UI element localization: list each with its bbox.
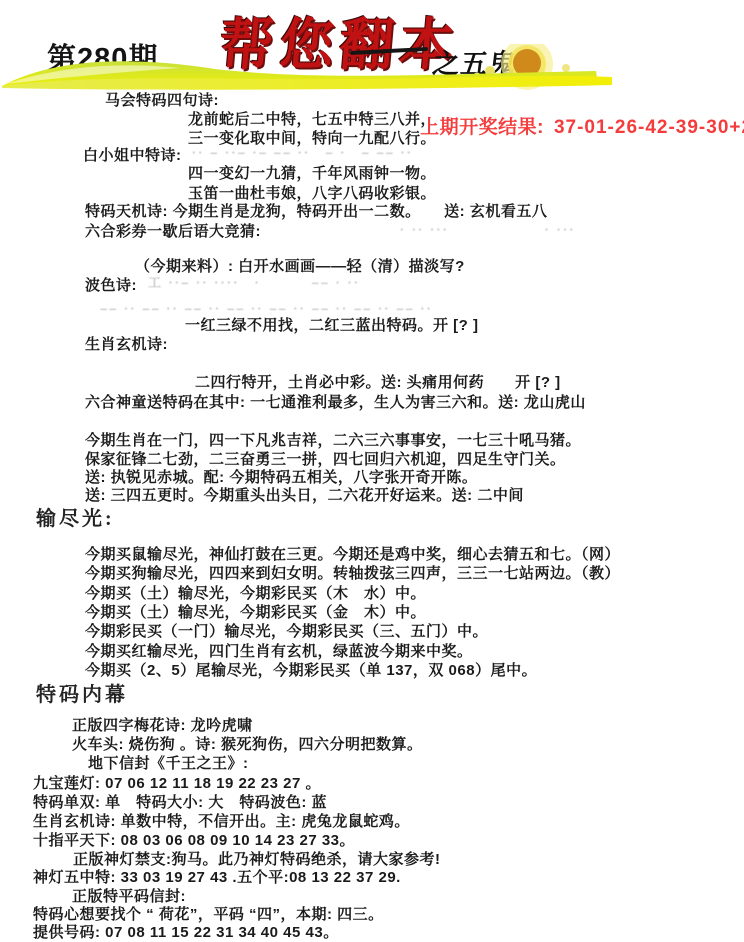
last-draw-result-label: 上期开奖结果: xyxy=(420,117,544,138)
faded-text-line: –– ·· –– ·· –– ·· –– ·· –– ·· –– ·· –– ·… xyxy=(100,302,433,316)
text-line: 白小姐中特诗: xyxy=(83,148,182,165)
text-line: 正版特平码信封: xyxy=(72,889,186,906)
text-line: 今期买红输尽光，四门生肖有玄机，绿蓝波今期来中奖。 xyxy=(85,644,473,661)
text-line: 四一变幻一九猜，千年风雨钟一物。 xyxy=(188,166,436,183)
text-line: 今期彩民买（一门）输尽光，今期彩民买（三、五门）中。 xyxy=(85,624,488,641)
section-heading: 特码内幕 xyxy=(36,684,128,706)
text-line: 神灯五中特: 33 03 19 27 43 .五个平:08 13 22 37 2… xyxy=(33,870,401,887)
grass-decoration xyxy=(0,44,620,94)
text-line: 送: 执锐见赤城。配: 今期特码五相关，八字张开奇开陈。 xyxy=(85,470,477,487)
text-line: 今期买（土）输尽光，今期彩民买（木 水）中。 xyxy=(85,586,426,603)
faded-text-line: ·· – ··– ·– –– ·· – · – –– ·· xyxy=(192,146,413,160)
text-line: 保家征锋二七劲，二三奋勇三一拼，四七回归六机迎，四足生守门关。 xyxy=(85,452,566,469)
last-draw-result-numbers: 37-01-26-42-39-30+27 xyxy=(554,117,744,138)
text-line: （今期来料）: 白开水画画——轻（清）描淡写? xyxy=(135,259,465,276)
text-line: 火车头: 烧伤狗 。诗: 猴死狗伤，四六分明把数算。 xyxy=(72,737,423,754)
text-line: 一红三绿不用找，二红三蓝出特码。开 [? ] xyxy=(185,318,479,335)
text-line: 二四行特开，土肖必中彩。送: 头痛用何药 开 [? ] xyxy=(195,375,561,392)
text-line: 十指平天下: 08 03 06 08 09 10 14 23 27 33。 xyxy=(33,833,355,850)
text-line: 波色诗: xyxy=(85,278,137,295)
text-line: 特码天机诗: 今期生肖是龙狗，特码开出一二数。 送: 玄机看五八 xyxy=(85,204,547,221)
text-line: 六合神童送特码在其中: 一七通淮利最多，生人为害三六和。送: 龙山虎山 xyxy=(85,395,586,412)
faded-text-line: · ·· ··· · ··· xyxy=(400,223,576,237)
text-line: 正版四字梅花诗: 龙吟虎啸 xyxy=(72,718,253,735)
last-draw-result: 上期开奖结果:37-01-26-42-39-30+27 xyxy=(397,90,744,161)
text-line: 今期生肖在一门，四一下凡兆吉祥，二六三六事事安，一七三十吼马猪。 xyxy=(85,433,581,450)
text-line: 今期买（土）输尽光，今期彩民买（金 木）中。 xyxy=(85,605,426,622)
text-line: 玉笛一曲杜韦娘，八字八码收彩银。 xyxy=(188,186,436,203)
text-line: 马会特码四句诗: xyxy=(105,93,219,110)
text-line: 生肖玄机诗: xyxy=(85,337,168,354)
lottery-tip-sheet-page: 第280期 帮您翻本 之五鬼 上期开奖结果:37-01 xyxy=(0,0,744,942)
section-heading: 输尽光: xyxy=(36,508,115,530)
text-line: 九宝莲灯: 07 06 12 11 18 19 22 23 27 。 xyxy=(33,776,321,793)
text-line: 六合彩券一歇后语大竞猜: xyxy=(85,224,261,241)
text-line: 地下信封《千王之王》: xyxy=(88,756,249,773)
text-line: 今期买鼠输尽光，神仙打鼓在三更。今期还是鸡中奖，细心去猜五和七。（网） xyxy=(85,547,620,564)
text-line: 送: 三四五更时。今期重头出头日，二六花开好运来。送: 二中间 xyxy=(85,488,524,505)
text-line: 今期买狗输尽光，四四来到妇女明。转轴拨弦三四声，三三一七站两边。（教） xyxy=(85,566,620,583)
text-line: 龙前蛇后二中特，七五中特三八并， xyxy=(188,112,436,129)
faded-text-line: 工 ··– ·· ···· · –– · ·· xyxy=(148,276,360,290)
text-line: 提供号码: 07 08 11 15 22 31 34 40 45 43。 xyxy=(33,925,339,942)
text-line: 今期买（2、5）尾输尽光，今期彩民买（单 137，双 068）尾中。 xyxy=(85,663,537,680)
text-line: 特码单双: 单 特码大小: 大 特码波色: 蓝 xyxy=(33,795,327,812)
text-line: 正版神灯禁支:狗马。此乃神灯特码绝杀，请大家参考! xyxy=(73,852,441,869)
text-line: 生肖玄机诗: 单数中特，不信开出。主: 虎兔龙鼠蛇鸡。 xyxy=(33,814,410,831)
text-line: 特码心想要找个 “ 荷花”，平码 “四”，本期: 四三。 xyxy=(33,907,384,924)
